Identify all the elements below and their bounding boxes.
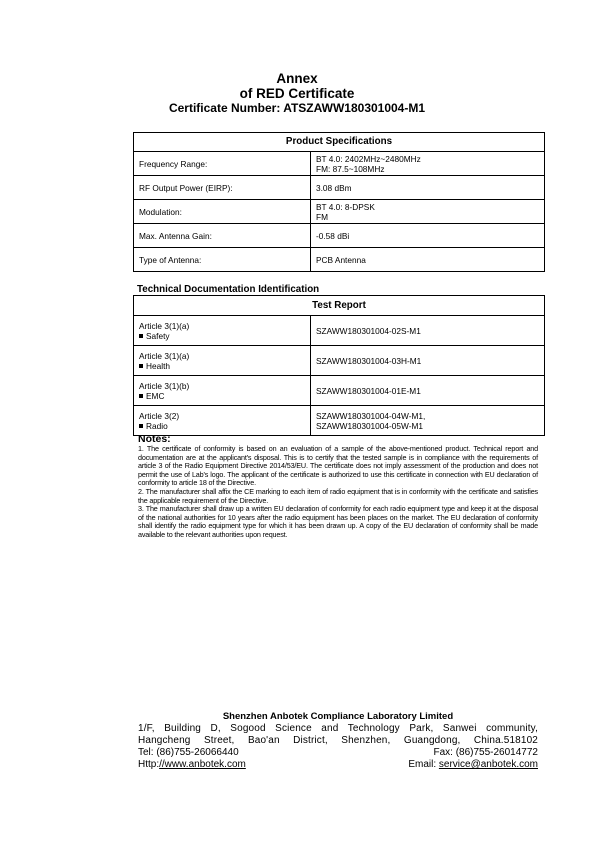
spec-value: 3.08 dBm (311, 176, 545, 200)
footer-web-row: Http://www.anbotek.com Email: service@an… (138, 759, 538, 771)
spec-row-frequency: Frequency Range: BT 4.0: 2402MHz~2480MHz… (134, 152, 545, 176)
technical-documentation-heading: Technical Documentation Identification (137, 284, 319, 295)
footer-company: Shenzhen Anbotek Compliance Laboratory L… (138, 711, 538, 723)
website-link[interactable]: //www.anbotek.com (159, 759, 246, 770)
spec-label: Max. Antenna Gain: (134, 224, 311, 248)
spec-row-modulation: Modulation: BT 4.0: 8-DPSKFM (134, 200, 545, 224)
square-bullet-icon (139, 334, 143, 338)
square-bullet-icon (139, 364, 143, 368)
report-row-emc: Article 3(1)(b) EMC SZAWW180301004-01E-M… (134, 376, 545, 406)
product-specifications-title: Product Specifications (134, 133, 545, 152)
title-red-certificate: of RED Certificate (0, 86, 594, 101)
footer-address-line2: Hangcheng Street, Bao'an District, Shenz… (138, 735, 538, 747)
report-number: SZAWW180301004-04W-M1,SZAWW180301004-05W… (311, 406, 545, 436)
spec-value: PCB Antenna (311, 248, 545, 272)
email-link[interactable]: service@anbotek.com (439, 759, 538, 770)
report-row-safety: Article 3(1)(a) Safety SZAWW180301004-02… (134, 316, 545, 346)
note-2: 2. The manufacturer shall affix the CE m… (138, 488, 538, 505)
test-report-title: Test Report (134, 296, 545, 316)
article-cell: Article 3(1)(a) Safety (134, 316, 311, 346)
report-number: SZAWW180301004-01E-M1 (311, 376, 545, 406)
footer-fax: Fax: (86)755-26014772 (433, 747, 538, 759)
spec-label: Type of Antenna: (134, 248, 311, 272)
article-cell: Article 3(1)(a) Health (134, 346, 311, 376)
spec-value: BT 4.0: 8-DPSKFM (311, 200, 545, 224)
square-bullet-icon (139, 424, 143, 428)
spec-row-rf-power: RF Output Power (EIRP): 3.08 dBm (134, 176, 545, 200)
article-cell: Article 3(1)(b) EMC (134, 376, 311, 406)
footer: Shenzhen Anbotek Compliance Laboratory L… (138, 711, 538, 771)
spec-row-antenna-gain: Max. Antenna Gain: -0.58 dBi (134, 224, 545, 248)
report-row-radio: Article 3(2) Radio SZAWW180301004-04W-M1… (134, 406, 545, 436)
notes-section: Notes: 1. The certificate of conformity … (138, 434, 538, 540)
square-bullet-icon (139, 394, 143, 398)
test-report-table: Test Report Article 3(1)(a) Safety SZAWW… (133, 295, 545, 436)
certificate-number: Certificate Number: ATSZAWW180301004-M1 (0, 101, 594, 116)
footer-address-line1: 1/F, Building D, Sogood Science and Tech… (138, 723, 538, 735)
spec-label: Frequency Range: (134, 152, 311, 176)
title-annex: Annex (0, 71, 594, 86)
spec-value: BT 4.0: 2402MHz~2480MHzFM: 87.5~108MHz (311, 152, 545, 176)
footer-tel: Tel: (86)755-26066440 (138, 747, 239, 759)
note-3: 3. The manufacturer shall draw up a writ… (138, 505, 538, 539)
document-title: Annex of RED Certificate Certificate Num… (0, 71, 594, 116)
product-specifications-table: Product Specifications Frequency Range: … (133, 132, 545, 272)
report-number: SZAWW180301004-02S-M1 (311, 316, 545, 346)
footer-contact-row: Tel: (86)755-26066440 Fax: (86)755-26014… (138, 747, 538, 759)
note-1: 1. The certificate of conformity is base… (138, 445, 538, 488)
report-number: SZAWW180301004-03H-M1 (311, 346, 545, 376)
spec-label: RF Output Power (EIRP): (134, 176, 311, 200)
spec-value: -0.58 dBi (311, 224, 545, 248)
spec-row-antenna-type: Type of Antenna: PCB Antenna (134, 248, 545, 272)
article-cell: Article 3(2) Radio (134, 406, 311, 436)
spec-label: Modulation: (134, 200, 311, 224)
report-row-health: Article 3(1)(a) Health SZAWW180301004-03… (134, 346, 545, 376)
